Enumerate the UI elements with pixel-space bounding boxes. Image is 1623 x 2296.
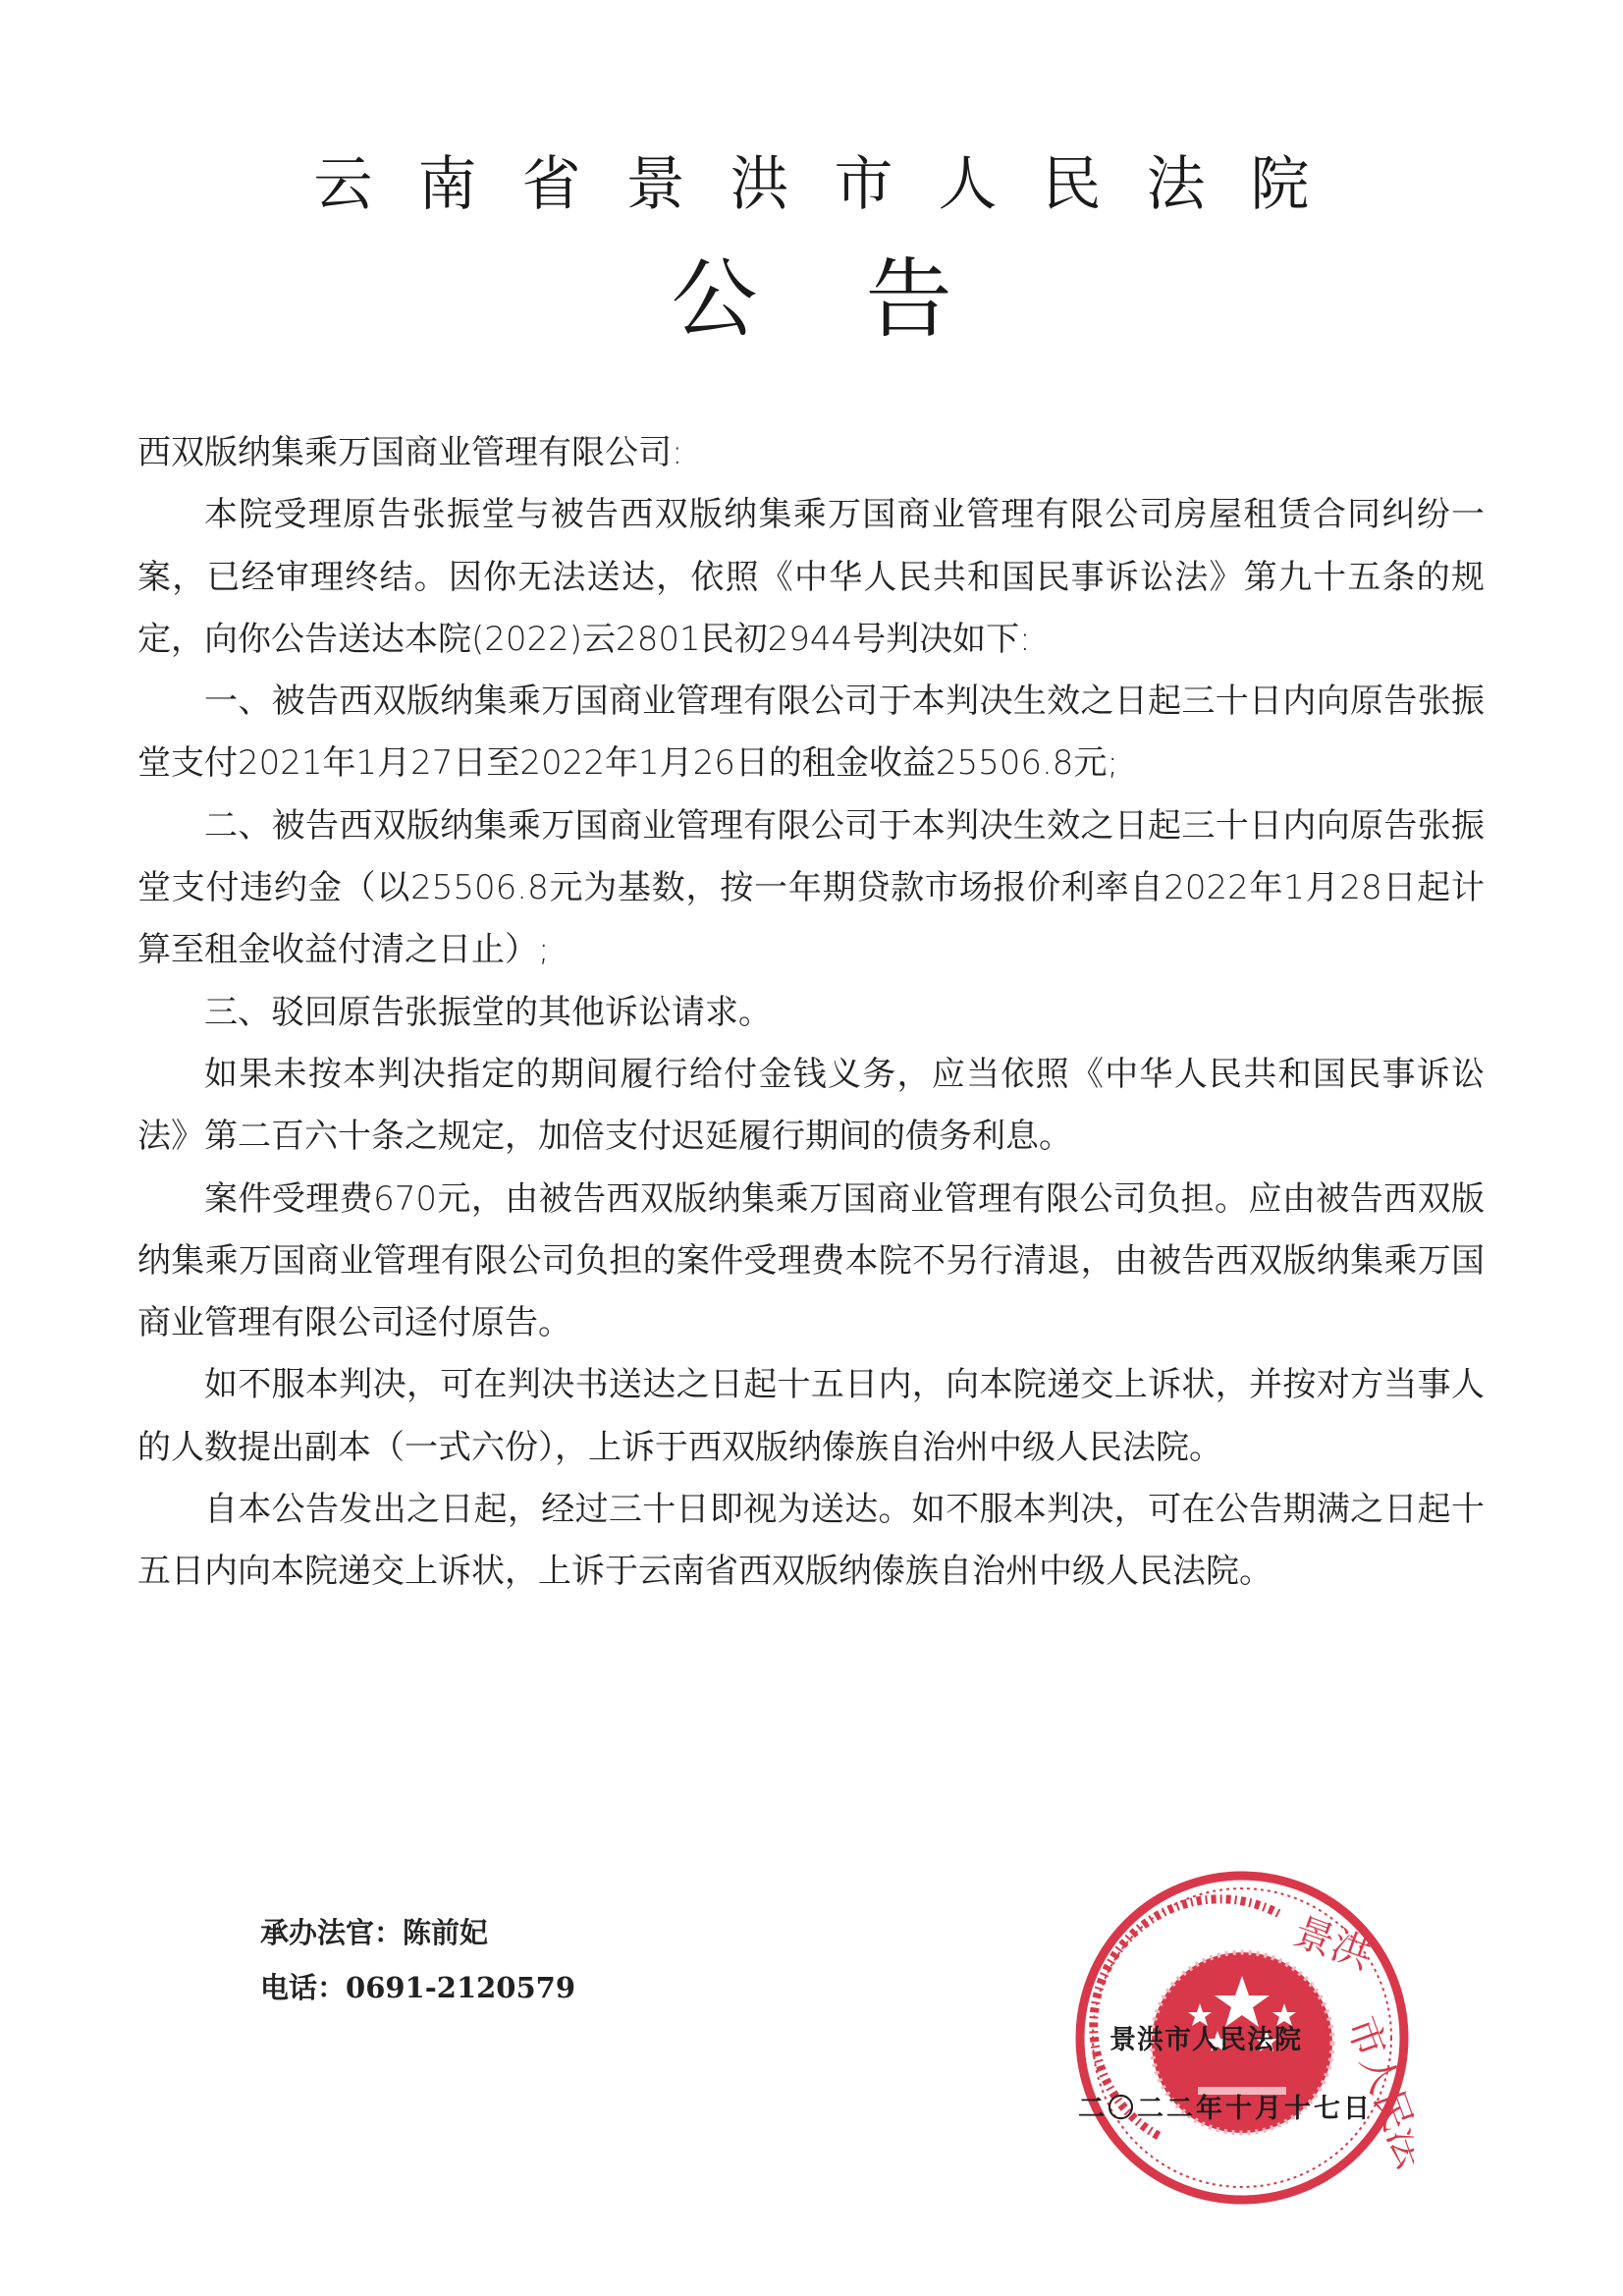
paragraph-court-fee: 案件受理费670元，由被告西双版纳集乘万国商业管理有限公司负担。应由被告西双版纳…	[137, 1169, 1485, 1355]
judge-name: 陈前妃	[403, 1916, 488, 1949]
document-type-heading: 公告	[0, 246, 1623, 354]
phone-number: 0691-2120579	[346, 1971, 575, 2004]
paragraph-case-intro: 本院受理原告张振堂与被告西双版纳集乘万国商业管理有限公司房屋租赁合同纠纷一案，已…	[137, 484, 1485, 671]
phone-line: 电话：0691-2120579	[260, 1960, 575, 2015]
notice-body: 西双版纳集乘万国商业管理有限公司: 本院受理原告张振堂与被告西双版纳集乘万国商业…	[137, 422, 1485, 1604]
svg-text:景洪: 景洪	[1288, 1909, 1378, 1979]
issue-date: 二〇二二年十月十七日	[1078, 2087, 1373, 2125]
paragraph-service: 自本公告发出之日起，经过三十日即视为送达。如不服本判决，可在公告期满之日起十五日…	[137, 1479, 1485, 1604]
paragraph-ruling-3: 三、驳回原告张振堂的其他诉讼请求。	[137, 982, 1485, 1044]
judge-label: 承办法官：	[260, 1916, 403, 1949]
paragraph-late-payment: 如果未按本判决指定的期间履行给付金钱义务，应当依照《中华人民共和国民事诉讼法》第…	[137, 1044, 1485, 1169]
paragraph-ruling-1: 一、被告西双版纳集乘万国商业管理有限公司于本判决生效之日起三十日内向原告张振堂支…	[137, 671, 1485, 795]
judge-line: 承办法官：陈前妃	[260, 1905, 575, 1960]
paragraph-appeal: 如不服本判决，可在判决书送达之日起十五日内，向本院递交上诉状，并按对方当事人的人…	[137, 1354, 1485, 1479]
paragraph-ruling-2: 二、被告西双版纳集乘万国商业管理有限公司于本判决生效之日起三十日内向原告张振堂支…	[137, 795, 1485, 982]
signature-block: 承办法官：陈前妃 电话：0691-2120579	[260, 1905, 575, 2015]
court-name-heading: 云南省景洪市人民法院	[0, 145, 1623, 224]
addressee: 西双版纳集乘万国商业管理有限公司:	[137, 422, 1485, 484]
issuing-court: 景洪市人民法院	[1109, 2018, 1302, 2056]
phone-label: 电话：	[260, 1971, 346, 2004]
